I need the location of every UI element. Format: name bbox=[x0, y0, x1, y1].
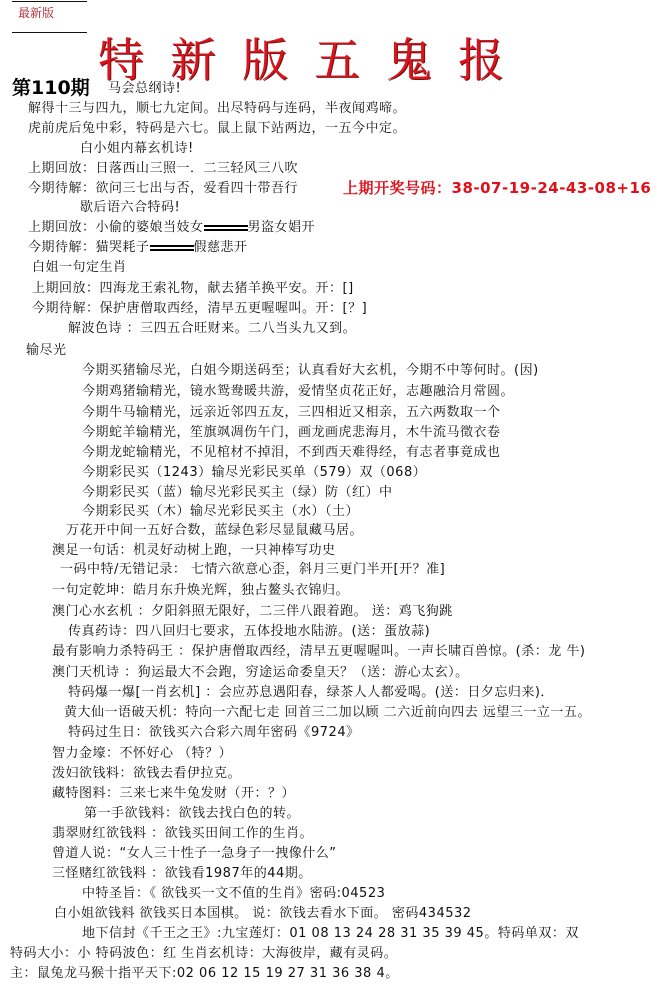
text-line: 传真药诗：四八回归七要求，五体投地水陆游。(送：蛋放蒜) bbox=[68, 624, 430, 640]
text-line: 今期待解：保护唐僧取西经，清早五更喔喔叫。开：[？] bbox=[32, 301, 367, 317]
text-line: 澳门心水玄机 ：夕阳斜照无限好，二三伴八跟着跑。 送：鸡飞狗跳 bbox=[52, 604, 453, 620]
text-post: 假慈悲开 bbox=[194, 240, 248, 255]
text-line: 澳足一句话：机灵好动树上跑，一只神棒写功史 bbox=[52, 543, 336, 559]
last-draw-label: 上期开奖号码： bbox=[343, 179, 452, 197]
text-line: 智力金壕：不怀好心 （特？） bbox=[52, 746, 232, 762]
section-title: 白姐一句定生肖 bbox=[32, 260, 127, 276]
text-line: 一句定乾坤：皓月东升焕光辉，独占鳌头衣锦归。 bbox=[52, 583, 349, 599]
text-line: 上期回放：日落西山三照一．二三轻风三八吹 bbox=[28, 161, 298, 177]
text-pre: 今期待解：猫哭耗子 bbox=[28, 240, 150, 255]
header-rule-top bbox=[12, 1, 87, 2]
text-line: 解波色诗 ：三四五合旺财来。二八当头九又到。 bbox=[68, 321, 356, 337]
text-line: 解得十三与四九，顺七九定间。出尽特码与连码，半夜闻鸡啼。 bbox=[28, 101, 406, 117]
text-line: 今期待解：欲问三七出与否，爱看四十带吾行 bbox=[28, 181, 298, 197]
text-line: 一码中特/无错记录： 七情六欲意心歪，斜月三更门半开[开？准] bbox=[60, 562, 445, 578]
text-line: 今期彩民买（木）输尽光彩民买主（水）（土） bbox=[82, 504, 359, 520]
text-line: 上期回放：小偷的婆娘当妓女男盗女娼开 bbox=[28, 220, 315, 236]
text-line: 今期待解：猫哭耗子假慈悲开 bbox=[28, 240, 248, 256]
last-draw: 上期开奖号码：38-07-19-24-43-08+16 bbox=[343, 177, 651, 198]
text-line: 三怪赌红欲钱料 ：欲钱看1987年的44期。 bbox=[52, 866, 312, 882]
text-pre: 上期回放：小偷的婆娘当妓女 bbox=[28, 220, 204, 235]
text-line: 黄大仙一语破天机：特向一六配七走 回首三二加以顾 二六近前向四去 远望三一立一五… bbox=[64, 705, 591, 721]
text-line: 今期蛇羊输精光，笙旗飒凋伤午门，画龙画虎悲海月，木牛流马徵衣卷 bbox=[82, 425, 501, 441]
text-line: 今期龙蛇输精光，不见棺材不掉泪，不到西天难得经，有志者事竟成也 bbox=[82, 445, 501, 461]
equals-bars bbox=[150, 243, 194, 253]
section-title: 输尽光 bbox=[26, 343, 67, 359]
text-line: 今期彩民买（1243）输尽光彩民买单（579）双（068） bbox=[82, 465, 426, 481]
text-line: 曾道人说：“女人三十性子一急身子一拽像什么” bbox=[52, 846, 336, 862]
text-line: 藏特图料：三来七来牛兔发财（开：？） bbox=[52, 786, 295, 802]
text-line: 白小姐欲钱料 欲钱买日本国棋。 说：欲钱去看水下面。 密码434532 bbox=[54, 906, 472, 922]
text-line: 今期彩民买（蓝）输尽光彩民买主（绿）防（红）中 bbox=[82, 485, 393, 501]
text-line: 特码爆一爆[一肖玄机] ：会应苏息遇阳春，绿茶人人都爱喝。(送：日夕忘归来)． bbox=[68, 685, 554, 701]
text-post: 男盗女娼开 bbox=[248, 220, 316, 235]
last-draw-numbers: 38-07-19-24-43-08+16 bbox=[452, 179, 652, 197]
text-line: 今期鸡猪输精光，镜水鸳鸯暖共游，爱情坚贞花正好，志趣融洽月常圆。 bbox=[82, 384, 514, 400]
text-line: 地下信封《千王之王》:九宝莲灯：01 08 13 24 28 31 35 39 … bbox=[82, 926, 579, 942]
text-line: 虎前虎后兔中彩，特码是六七。鼠上鼠下站两边，一五今中定。 bbox=[28, 121, 406, 137]
section-title: 歇后语六合特码! bbox=[80, 200, 180, 216]
text-line: 万花开中间一五好合数，蓝绿色彩尽显鼠藏马居。 bbox=[66, 523, 363, 539]
text-line: 中特圣旨：《 欲钱买一文不值的生肖》密码:04523 bbox=[82, 886, 385, 902]
text-line: 最有影响力杀特码王 ：保护唐僧取西经，清早五更喔喔叫。一声长啸百兽惊。(杀：龙 … bbox=[52, 644, 585, 660]
text-line: 翡翠财红欲钱料 ：欲钱买田间工作的生肖。 bbox=[52, 826, 313, 842]
text-line: 第一手欲钱料：欲钱去找白色的转。 bbox=[84, 806, 300, 822]
text-line: 特码过生日：欲钱买六合彩六周年密码《9724》 bbox=[68, 725, 360, 741]
edition-label: 最新版 bbox=[18, 4, 54, 21]
text-line: 澳门天机诗 ：狗运最大不会跑，穷途运命委皇天？（送：游心太玄）。 bbox=[52, 665, 469, 681]
text-line: 上期回放：四海龙王索礼物，献去猪羊换平安。开：[] bbox=[32, 281, 354, 297]
text-line: 今期牛马输精光，远亲近邻四五友，三四相近又相亲，五六两数取一个 bbox=[82, 405, 501, 421]
text-line: 主：鼠兔龙马猴十指平天下:02 06 12 15 19 27 31 36 38 … bbox=[10, 966, 399, 982]
issue-number: 第110期 bbox=[12, 73, 90, 100]
section-title: 白小姐内幕玄机诗! bbox=[80, 141, 194, 157]
text-line: 特码大小：小 特码波色：红 生肖玄机诗：大海彼岸，藏有灵码。 bbox=[10, 946, 397, 962]
header-rule-bottom bbox=[12, 32, 87, 33]
poem-title: 马会总纲诗! bbox=[108, 81, 181, 97]
text-line: 今期买猪输尽光，白姐今期送码至；认真看好大玄机，今期不中等何时。(因) bbox=[82, 363, 539, 379]
text-line: 泼妇欲钱料：欲钱去看伊拉克。 bbox=[52, 766, 241, 782]
equals-bars bbox=[204, 223, 248, 233]
